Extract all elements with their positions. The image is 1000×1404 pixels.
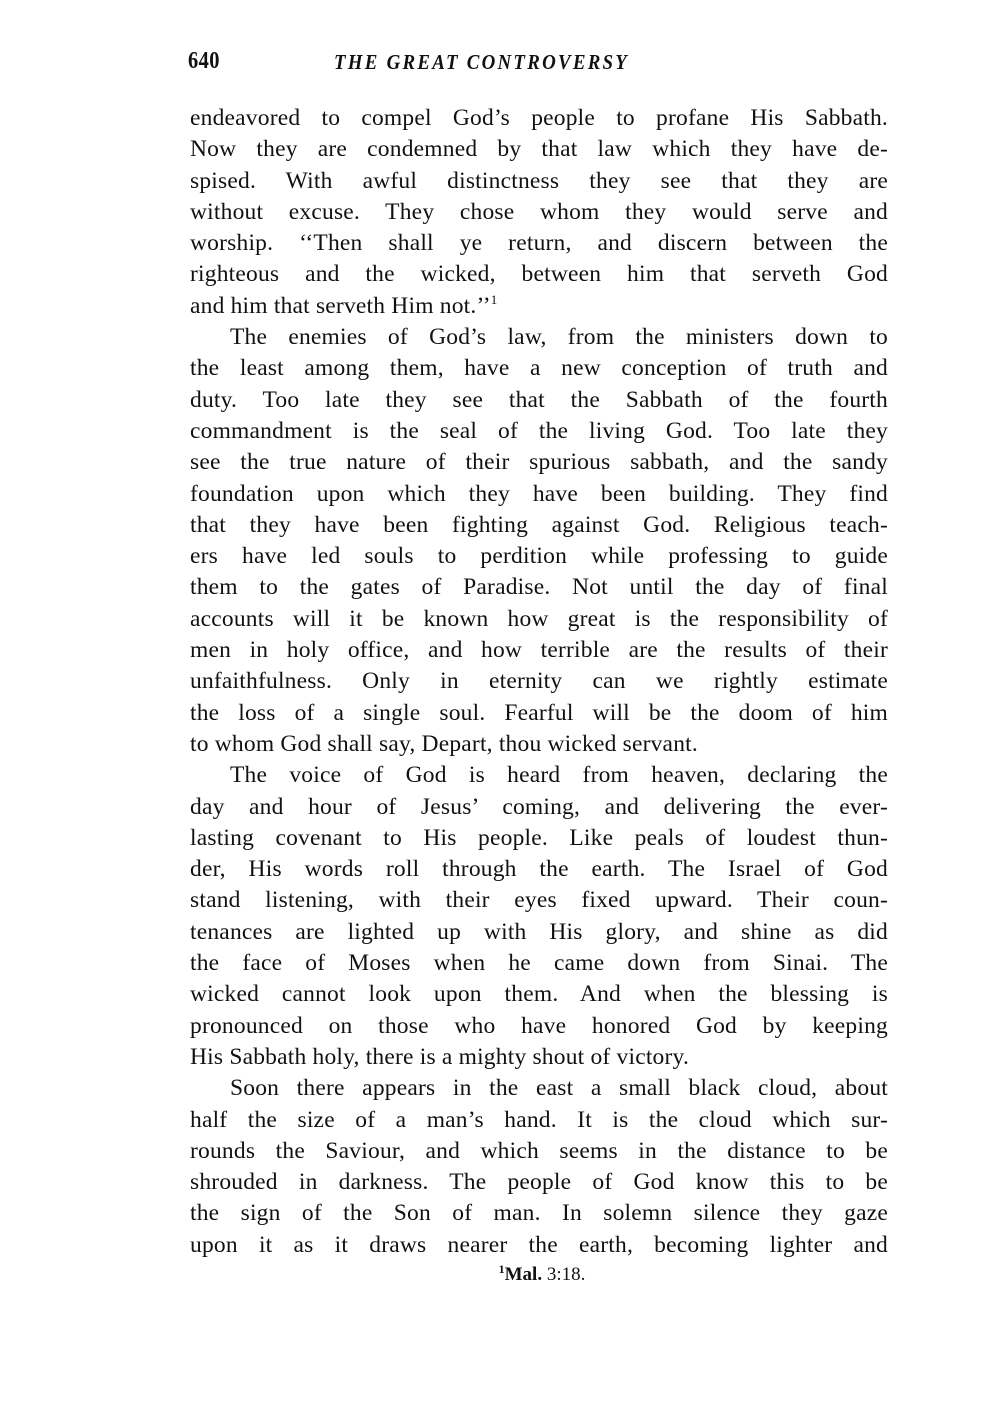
text-line: day and hour of Jesus’ coming, and deliv… [190, 792, 888, 823]
text-line: The voice of God is heard from heaven, d… [190, 760, 888, 791]
text-line: endeavored to compel God’s people to pro… [190, 103, 888, 134]
text-line: commandment is the seal of the living Go… [190, 416, 888, 447]
text-line: the sign of the Son of man. In solemn si… [190, 1198, 888, 1229]
text-line-content: and him that serveth Him not.’’ [190, 293, 491, 319]
text-line: pronounced on those who have honored God… [190, 1011, 888, 1042]
text-line: lasting covenant to His people. Like pea… [190, 823, 888, 854]
text-line: to whom God shall say, Depart, thou wick… [190, 729, 888, 760]
text-line: der, His words roll through the earth. T… [190, 854, 888, 885]
book-page: 640 THE GREAT CONTROVERSY endeavored to … [0, 0, 1000, 1404]
paragraph-4: Soon there appears in the east a small b… [190, 1073, 888, 1261]
text-line: ers have led souls to perdition while pr… [190, 541, 888, 572]
paragraph-1: endeavored to compel God’s people to pro… [190, 103, 888, 322]
text-line: stand listening, with their eyes fixed u… [190, 885, 888, 916]
text-line: them to the gates of Paradise. Not until… [190, 572, 888, 603]
text-line: the least among them, have a new concept… [190, 353, 888, 384]
text-line: Now they are condemned by that law which… [190, 134, 888, 165]
text-line: The enemies of God’s law, from the minis… [190, 322, 888, 353]
text-line: see the true nature of their spurious sa… [190, 447, 888, 478]
text-line: wicked cannot look upon them. And when t… [190, 979, 888, 1010]
page-number: 640 [188, 48, 220, 75]
text-line: unfaithfulness. Only in eternity can we … [190, 666, 888, 697]
paragraph-2: The enemies of God’s law, from the minis… [190, 322, 888, 760]
text-line: shrouded in darkness. The people of God … [190, 1167, 888, 1198]
text-line: duty. Too late they see that the Sabbath… [190, 385, 888, 416]
text-line: and him that serveth Him not.’’1 [190, 291, 888, 322]
text-line: the loss of a single soul. Fearful will … [190, 698, 888, 729]
text-line: accounts will it be known how great is t… [190, 604, 888, 635]
footnote-book: Mal. [505, 1264, 542, 1285]
text-line: the face of Moses when he came down from… [190, 948, 888, 979]
text-line: half the size of a man’s hand. It is the… [190, 1105, 888, 1136]
text-line: His Sabbath holy, there is a mighty shou… [190, 1042, 888, 1073]
footnote: 1Mal. 3:18. [0, 1262, 1000, 1286]
running-head: 640 THE GREAT CONTROVERSY [188, 48, 890, 78]
text-line: tenances are lighted up with His glory, … [190, 917, 888, 948]
body-text: endeavored to compel God’s people to pro… [190, 103, 888, 1261]
text-line: rounds the Saviour, and which seems in t… [190, 1136, 888, 1167]
footnote-content: 1Mal. 3:18. [499, 1264, 586, 1285]
text-line: without excuse. They chose whom they wou… [190, 197, 888, 228]
book-title: THE GREAT CONTROVERSY [334, 50, 629, 75]
text-line: righteous and the wicked, between him th… [190, 259, 888, 290]
text-line: that they have been fighting against God… [190, 510, 888, 541]
text-line: spised. With awful distinctness they see… [190, 166, 888, 197]
footnote-marker[interactable]: 1 [491, 292, 498, 307]
paragraph-3: The voice of God is heard from heaven, d… [190, 760, 888, 1073]
footnote-reference: 3:18. [547, 1264, 586, 1285]
text-line: worship. ‘‘Then shall ye return, and dis… [190, 228, 888, 259]
text-line: upon it as it draws nearer the earth, be… [190, 1230, 888, 1261]
text-line: foundation upon which they have been bui… [190, 479, 888, 510]
text-line: men in holy office, and how terrible are… [190, 635, 888, 666]
text-line: Soon there appears in the east a small b… [190, 1073, 888, 1104]
